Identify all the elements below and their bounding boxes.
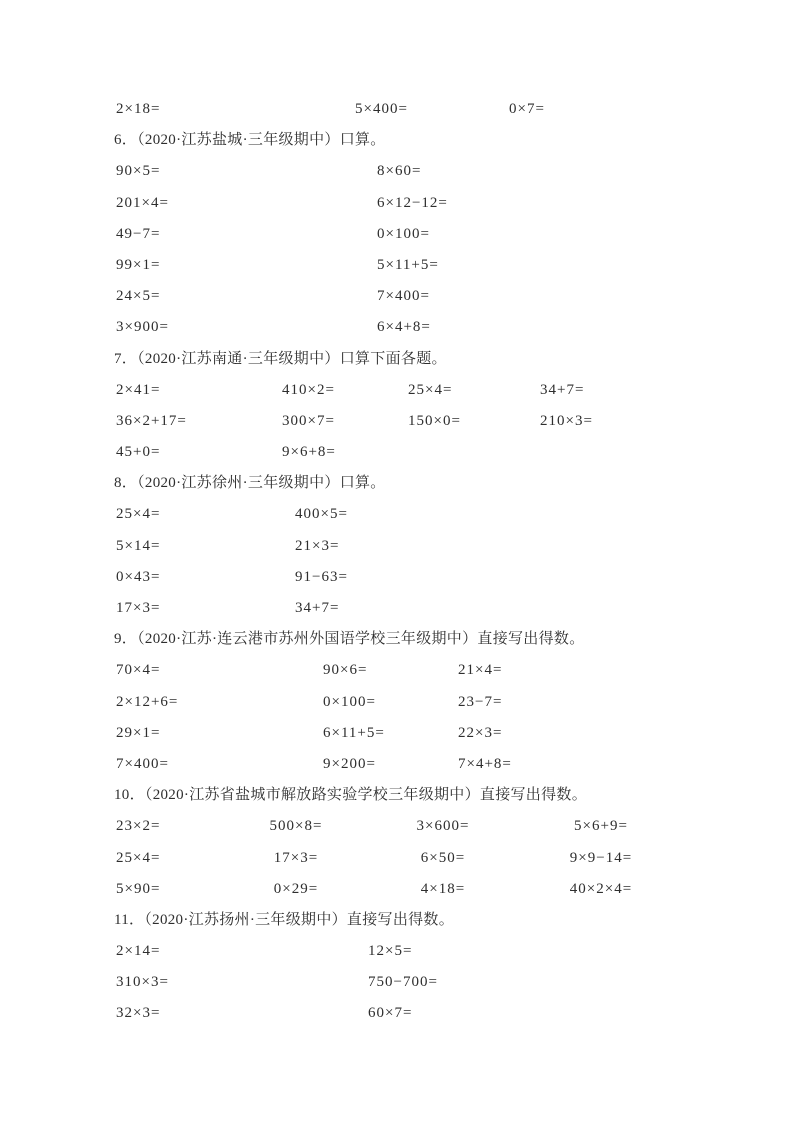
problem: 0×7=	[509, 94, 659, 125]
section-header: 11．（2020·江苏扬州·三年级期中）直接写出得数。	[114, 905, 774, 936]
problem: 12×5=	[368, 936, 578, 967]
problem: 0×43=	[116, 562, 276, 593]
problem: 25×4=	[408, 375, 528, 406]
problem-row: 0×43=91−63=	[0, 562, 793, 593]
problem: 310×3=	[116, 967, 316, 998]
problem: 3×600=	[383, 811, 503, 842]
section-header-row: 7．（2020·江苏南通·三年级期中）口算下面各题。	[0, 344, 793, 375]
problem: 36×2+17=	[116, 406, 266, 437]
problem: 91−63=	[295, 562, 495, 593]
section-header: 6．（2020·江苏盐城·三年级期中）口算。	[114, 125, 774, 156]
problem: 0×100=	[377, 219, 617, 250]
problem: 25×4=	[116, 499, 276, 530]
problem: 99×1=	[116, 250, 316, 281]
problem: 5×400=	[355, 94, 505, 125]
problem-row: 17×3=34+7=	[0, 593, 793, 624]
problem: 8×60=	[377, 156, 617, 187]
problem: 25×4=	[116, 843, 256, 874]
problem-row: 2×14=12×5=	[0, 936, 793, 967]
problem-row: 5×14=21×3=	[0, 531, 793, 562]
section-header: 9．（2020·江苏·连云港市苏州外国语学校三年级期中）直接写出得数。	[114, 624, 774, 655]
problem-row: 70×4=90×6=21×4=	[0, 655, 793, 686]
problem: 750−700=	[368, 967, 578, 998]
problem: 500×8=	[236, 811, 356, 842]
problem: 90×5=	[116, 156, 316, 187]
problem: 2×18=	[116, 94, 286, 125]
problem: 34+7=	[540, 375, 685, 406]
problem: 150×0=	[408, 406, 528, 437]
problem: 17×3=	[116, 593, 276, 624]
problem-row: 99×1=5×11+5=	[0, 250, 793, 281]
problem: 5×11+5=	[377, 250, 617, 281]
problem-row: 7×400=9×200=7×4+8=	[0, 749, 793, 780]
problem-row: 2×12+6=0×100=23−7=	[0, 687, 793, 718]
problem: 6×50=	[383, 843, 503, 874]
problem-row: 24×5=7×400=	[0, 281, 793, 312]
problem-row: 23×2=500×8=3×600=5×6+9=	[0, 811, 793, 842]
problem: 60×7=	[368, 998, 578, 1029]
problem: 70×4=	[116, 655, 296, 686]
section-header-row: 6．（2020·江苏盐城·三年级期中）口算。	[0, 125, 793, 156]
problem-row: 90×5=8×60=	[0, 156, 793, 187]
problem: 9×9−14=	[531, 843, 671, 874]
problem: 7×4+8=	[458, 749, 628, 780]
problem: 3×900=	[116, 312, 316, 343]
problem: 300×7=	[282, 406, 402, 437]
worksheet-page: 2×18=5×400=0×7=6．（2020·江苏盐城·三年级期中）口算。90×…	[0, 0, 793, 1122]
problem: 32×3=	[116, 998, 316, 1029]
problem: 49−7=	[116, 219, 316, 250]
problem-row: 45+0=9×6+8=	[0, 437, 793, 468]
problem: 5×6+9=	[531, 811, 671, 842]
problem: 22×3=	[458, 718, 628, 749]
problem: 7×400=	[116, 749, 296, 780]
section-header-row: 11．（2020·江苏扬州·三年级期中）直接写出得数。	[0, 905, 793, 936]
problem: 24×5=	[116, 281, 316, 312]
problem: 5×90=	[116, 874, 256, 905]
problem: 2×12+6=	[116, 687, 296, 718]
problem: 0×29=	[236, 874, 356, 905]
problem-row: 2×18=5×400=0×7=	[0, 94, 793, 125]
problem: 9×6+8=	[282, 437, 402, 468]
problem: 17×3=	[236, 843, 356, 874]
section-header-row: 10．（2020·江苏省盐城市解放路实验学校三年级期中）直接写出得数。	[0, 780, 793, 811]
problem: 21×3=	[295, 531, 495, 562]
problem-row: 25×4=400×5=	[0, 499, 793, 530]
problem: 40×2×4=	[531, 874, 671, 905]
problem: 7×400=	[377, 281, 617, 312]
section-header-row: 9．（2020·江苏·连云港市苏州外国语学校三年级期中）直接写出得数。	[0, 624, 793, 655]
problem: 6×4+8=	[377, 312, 617, 343]
problem: 23−7=	[458, 687, 628, 718]
problem: 29×1=	[116, 718, 296, 749]
problem-row: 310×3=750−700=	[0, 967, 793, 998]
problem: 410×2=	[282, 375, 402, 406]
worksheet-content: 2×18=5×400=0×7=6．（2020·江苏盐城·三年级期中）口算。90×…	[0, 94, 793, 1030]
problem: 23×2=	[116, 811, 256, 842]
problem-row: 29×1=6×11+5=22×3=	[0, 718, 793, 749]
section-header: 10．（2020·江苏省盐城市解放路实验学校三年级期中）直接写出得数。	[114, 780, 774, 811]
section-header: 8．（2020·江苏徐州·三年级期中）口算。	[114, 468, 774, 499]
problem: 5×14=	[116, 531, 276, 562]
problem: 21×4=	[458, 655, 628, 686]
problem-row: 201×4=6×12−12=	[0, 188, 793, 219]
problem-row: 3×900=6×4+8=	[0, 312, 793, 343]
problem: 2×41=	[116, 375, 266, 406]
section-header: 7．（2020·江苏南通·三年级期中）口算下面各题。	[114, 344, 774, 375]
problem-row: 36×2+17=300×7=150×0=210×3=	[0, 406, 793, 437]
section-header-row: 8．（2020·江苏徐州·三年级期中）口算。	[0, 468, 793, 499]
problem: 34+7=	[295, 593, 495, 624]
problem: 45+0=	[116, 437, 266, 468]
problem-row: 25×4=17×3=6×50=9×9−14=	[0, 843, 793, 874]
problem: 210×3=	[540, 406, 685, 437]
problem: 4×18=	[383, 874, 503, 905]
problem-row: 49−7=0×100=	[0, 219, 793, 250]
problem: 400×5=	[295, 499, 495, 530]
problem-row: 32×3=60×7=	[0, 998, 793, 1029]
problem: 2×14=	[116, 936, 316, 967]
problem-row: 5×90=0×29=4×18=40×2×4=	[0, 874, 793, 905]
problem: 201×4=	[116, 188, 316, 219]
problem: 6×12−12=	[377, 188, 617, 219]
problem-row: 2×41=410×2=25×4=34+7=	[0, 375, 793, 406]
